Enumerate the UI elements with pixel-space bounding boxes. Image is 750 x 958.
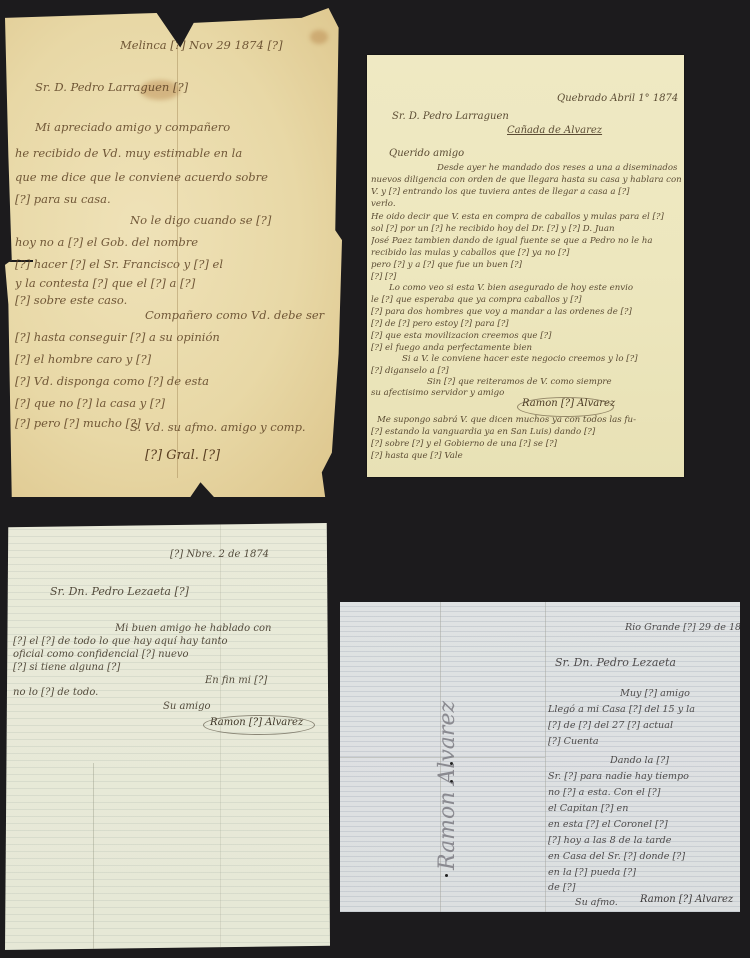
- opening: Querido amigo: [389, 148, 684, 159]
- body-line: Si a V. le conviene hacer este negocio c…: [402, 354, 684, 364]
- body-line: No le digo cuando se [?]: [130, 213, 342, 227]
- body-line: su afectisimo servidor y amigo: [371, 388, 684, 398]
- letter-1: Melinca [?] Nov 29 1874 [?] Sr. D. Pedro…: [5, 8, 342, 502]
- body-line: [?] diganselo a [?]: [371, 366, 684, 376]
- letter-3: [?] Nbre. 2 de 1874 Sr. Dn. Pedro Lezaet…: [5, 523, 330, 950]
- body-line: Muy [?] amigo: [620, 688, 740, 699]
- closing: Su amigo: [163, 701, 330, 712]
- body-line: he recibido de Vd. muy estimable en la: [15, 146, 342, 160]
- body-line: no [?] a esta. Con el [?]: [548, 787, 740, 798]
- body-line: [?] que no [?] la casa y [?]: [15, 396, 342, 410]
- body-line: en la [?] pueda [?]: [548, 867, 740, 878]
- body-line: Lo como veo si esta V. bien asegurado de…: [389, 283, 684, 293]
- body-line: [?] para su casa.: [15, 192, 342, 206]
- body-line: que me dice que le conviene acuerdo sobr…: [15, 170, 342, 184]
- salutation: Sr. D. Pedro Larraguen: [392, 111, 684, 122]
- fold-line: [93, 763, 94, 950]
- body-line: [?] hoy a las 8 de la tarde: [548, 835, 740, 846]
- subheading: Cañada de Alvarez: [507, 125, 684, 136]
- body-line: Llegó a mi Casa [?] del 15 y la: [548, 704, 740, 715]
- body-line: [?] [?]: [371, 272, 684, 282]
- letter-4: Ramon Alvarez Rio Grande [?] 29 de 1874 …: [340, 602, 740, 912]
- body-line: en esta [?] el Coronel [?]: [548, 819, 740, 830]
- body-line: el Capitan [?] en: [548, 803, 740, 814]
- body-line: Compañero como Vd. debe ser: [145, 308, 342, 322]
- date-line: Quebrado Abril 1° 1874: [557, 93, 684, 104]
- pencil-annotation: Ramon Alvarez: [435, 701, 460, 870]
- body-line: [?] para dos hombres que voy a mandar a …: [371, 307, 684, 317]
- body-line: [?] el [?] de todo lo que hay aquí hay t…: [13, 636, 330, 647]
- body-line: Desde ayer he mandado dos reses a una a …: [437, 163, 684, 173]
- postscript-line: [?] sobre [?] y el Gobierno de una [?] s…: [371, 439, 684, 449]
- body-line: En fin mi [?]: [205, 675, 330, 686]
- body-line: [?] Vd. disponga como [?] de esta: [15, 374, 342, 388]
- signature: [?] Gral. [?]: [145, 448, 220, 463]
- body-line: oficial como confidencial [?] nuevo: [13, 649, 330, 660]
- postscript-line: [?] estando la vanguardia ya en San Luis…: [371, 427, 684, 437]
- body-line: He oido decir que V. esta en compra de c…: [371, 212, 684, 222]
- fold-line: [545, 602, 546, 912]
- postscript-line: [?] hasta que [?] Vale: [371, 451, 684, 461]
- body-line: [?] hacer [?] el Sr. Francisco y [?] el: [15, 257, 342, 271]
- date-line: Melinca [?] Nov 29 1874 [?]: [120, 38, 342, 52]
- body-line: [?] si tiene alguna [?]: [13, 662, 330, 673]
- body-line: no lo [?] de todo.: [13, 687, 330, 698]
- body-line: Sr. [?] para nadie hay tiempo: [548, 771, 740, 782]
- salutation: Sr. D. Pedro Larraguen [?]: [35, 80, 342, 94]
- body-line: [?] que esta movilizacion creemos que [?…: [371, 331, 684, 341]
- body-line: recibido las mulas y caballos que [?] ya…: [371, 248, 684, 258]
- signature-flourish: [517, 397, 614, 417]
- body-line: en Casa del Sr. [?] donde [?]: [548, 851, 740, 862]
- body-line: [?] de [?] pero estoy [?] para [?]: [371, 319, 684, 329]
- body-line: José Paez tambien dando de igual fuente …: [371, 236, 684, 246]
- body-line: verlo.: [371, 199, 684, 209]
- date-line: [?] Nbre. 2 de 1874: [170, 549, 330, 560]
- salutation: Sr. Dn. Pedro Lezaeta: [555, 656, 740, 669]
- body-line: hoy no a [?] el Gob. del nombre: [15, 235, 342, 249]
- body-line: [?] Cuenta: [548, 736, 740, 747]
- body-line: Mi apreciado amigo y compañero: [35, 120, 342, 134]
- body-line: le [?] que esperaba que ya compra caball…: [371, 295, 684, 305]
- body-line: Dando la [?]: [610, 755, 740, 766]
- date-line: Rio Grande [?] 29 de 1874: [625, 622, 740, 633]
- body-line: [?] el hombre caro y [?]: [15, 352, 342, 366]
- body-line: y la contesta [?] que el [?] a [?]: [15, 276, 342, 290]
- body-line: sol [?] por un [?] he recibido hoy del D…: [371, 224, 684, 234]
- body-line: [?] hasta conseguir [?] a su opinión: [15, 330, 342, 344]
- closing: S. Vd. su afmo. amigo y comp.: [130, 420, 342, 434]
- body-line: Mi buen amigo he hablado con: [115, 623, 330, 634]
- postscript-line: Me supongo sabrá V. que dicen muchos ya …: [377, 415, 684, 425]
- letter-2: Quebrado Abril 1° 1874 Sr. D. Pedro Larr…: [367, 55, 684, 477]
- body-line: de [?]: [548, 882, 740, 893]
- body-line: [?] el fuego anda perfectamente bien: [371, 343, 684, 353]
- body-line: Sin [?] que reiteramos de V. como siempr…: [427, 377, 684, 387]
- salutation: Sr. Dn. Pedro Lezaeta [?]: [50, 585, 330, 598]
- body-line: [?] de [?] del 27 [?] actual: [548, 720, 740, 731]
- body-line: [?] sobre este caso.: [15, 293, 342, 307]
- signature-flourish: [203, 715, 315, 735]
- pin-hole: [445, 874, 448, 877]
- body-line: nuevos diligencia con orden de que llega…: [371, 175, 684, 185]
- signature: Ramon [?] Alvarez: [640, 894, 733, 905]
- body-line: pero [?] y a [?] que fue un buen [?]: [371, 260, 684, 270]
- body-line: V. y [?] entrando los que tuviera antes …: [371, 187, 684, 197]
